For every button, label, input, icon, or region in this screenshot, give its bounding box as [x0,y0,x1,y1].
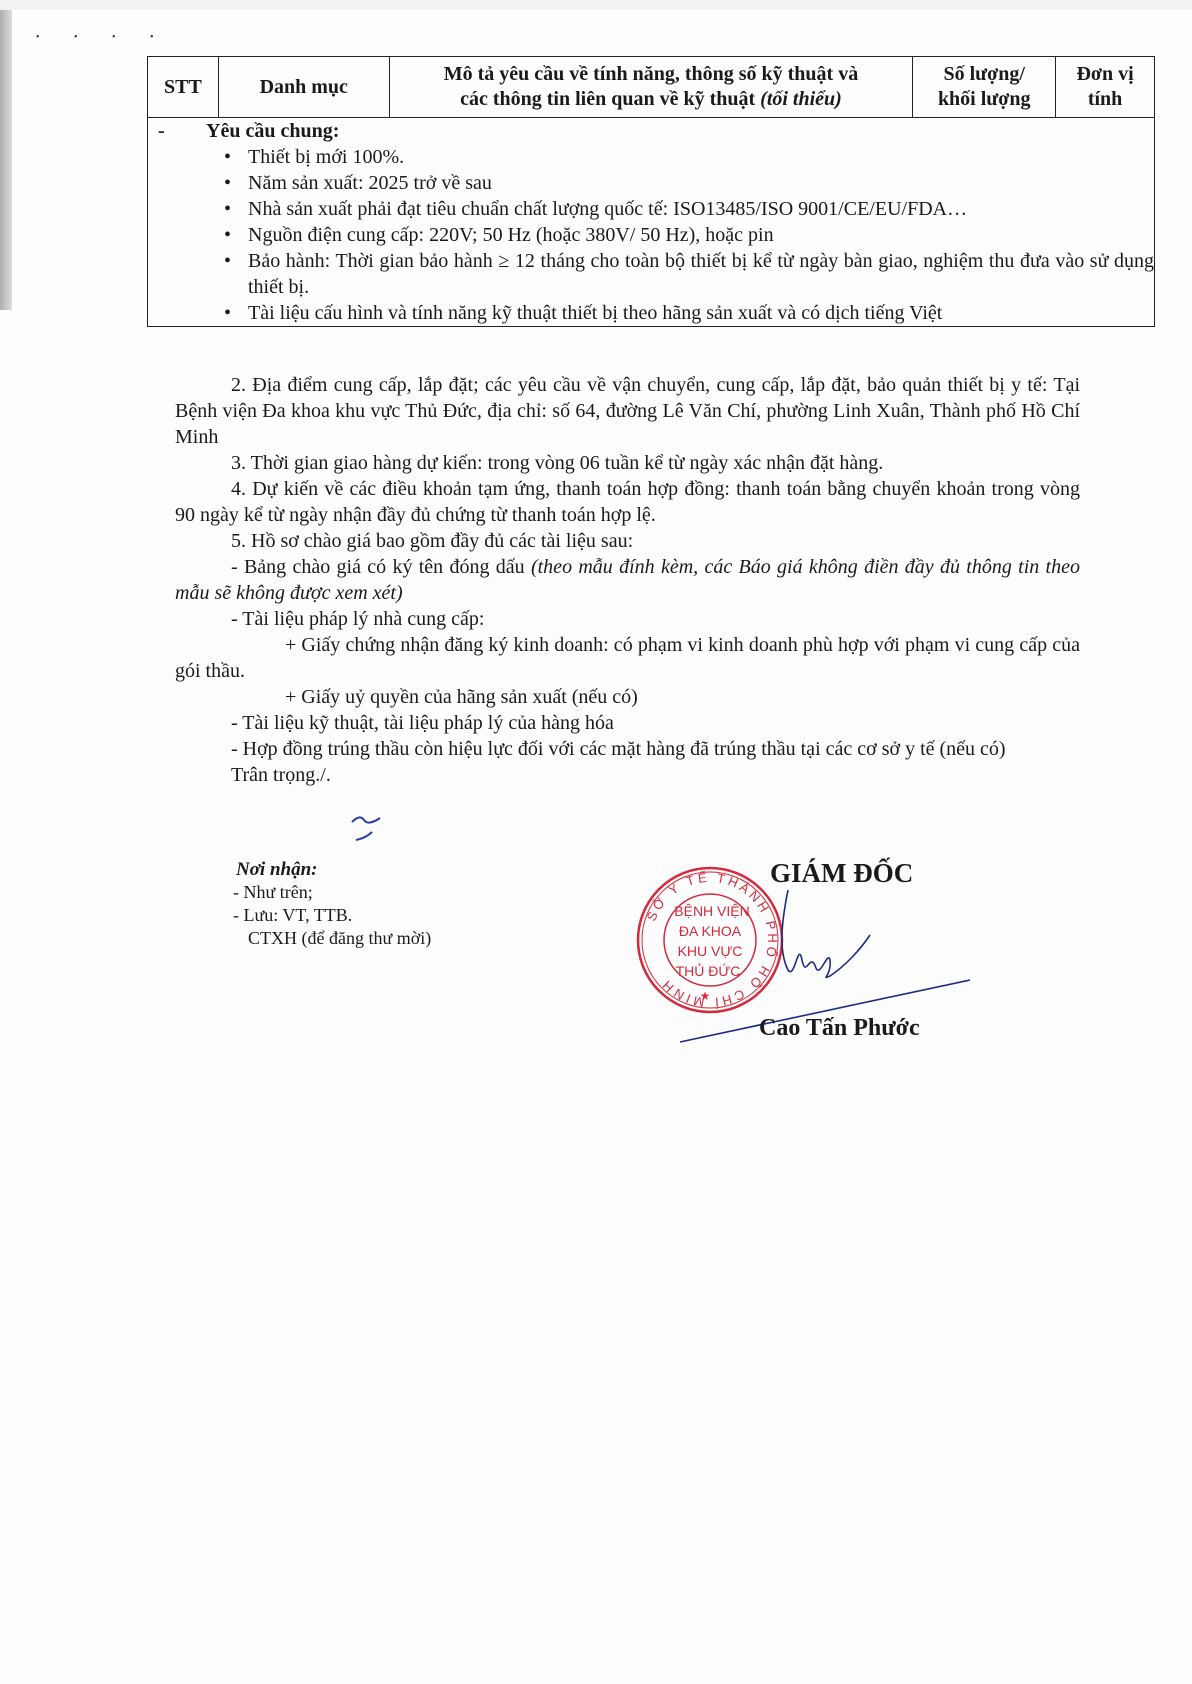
recipient-item: - Lưu: VT, TTB. [233,904,431,927]
doc-legal-supplier: - Tài liệu pháp lý nhà cung cấp: [175,606,1080,632]
doc-technical: - Tài liệu kỹ thuật, tài liệu pháp lý củ… [175,710,1080,736]
recipient-item: - Như trên; [233,881,431,904]
header-so-luong: Số lượng/ khối lượng [913,57,1056,118]
header-so-luong-line2: khối lượng [938,88,1031,110]
doc-business-license: + Giấy chứng nhận đăng ký kinh doanh: có… [175,632,1080,684]
initial-mark-icon [350,812,390,852]
recipient-item: CTXH (để đăng thư mời) [236,927,431,950]
general-requirements-cell: - Yêu cầu chung: Thiết bị mới 100%. Năm … [148,118,1155,327]
scan-edge-strip [0,10,12,310]
recipients-title: Nơi nhận: [236,858,431,881]
doc-quote-form: - Bảng chào giá có ký tên đóng dấu (theo… [175,554,1080,606]
general-requirements-row: - Yêu cầu chung: Thiết bị mới 100%. Năm … [148,118,1155,327]
header-so-luong-line1: Số lượng/ [944,63,1025,85]
header-stt: STT [148,57,219,118]
doc-quote-form-text: - Bảng chào giá có ký tên đóng dấu [231,556,531,578]
spec-table: STT Danh mục Mô tả yêu cầu về tính năng,… [147,56,1155,327]
requirements-list: Thiết bị mới 100%. Năm sản xuất: 2025 tr… [148,144,1154,326]
list-item: Nhà sản xuất phải đạt tiêu chuẩn chất lư… [248,196,1154,222]
header-mo-ta-line1: Mô tả yêu cầu về tính năng, thông số kỹ … [444,63,859,85]
header-mo-ta-line2: các thông tin liên quan về kỹ thuật [460,88,760,110]
header-danh-muc: Danh mục [218,57,389,118]
doc-contracts: - Hợp đồng trúng thầu còn hiệu lực đối v… [175,736,1080,762]
closing-text: Trân trọng./. [175,762,1080,788]
list-item: Thiết bị mới 100%. [248,144,1154,170]
scan-dots: • • • • [36,32,170,43]
list-item: Nguồn điện cung cấp: 220V; 50 Hz (hoặc 3… [248,222,1154,248]
header-mo-ta: Mô tả yêu cầu về tính năng, thông số kỹ … [389,57,913,118]
header-don-vi-line1: Đơn vị [1076,63,1133,85]
section-quote-documents: 5. Hồ sơ chào giá bao gồm đầy đủ các tài… [175,528,1080,554]
signatory-name: Cao Tấn Phước [759,1015,920,1042]
table-header-row: STT Danh mục Mô tả yêu cầu về tính năng,… [148,57,1155,118]
general-title-text: Yêu cầu chung: [206,118,339,144]
recipients-block: Nơi nhận: - Như trên; - Lưu: VT, TTB. CT… [236,858,431,950]
header-mo-ta-italic: (tối thiểu) [760,88,842,110]
section-payment-terms: 4. Dự kiến về các điều khoản tạm ứng, th… [175,476,1080,528]
list-item: Tài liệu cấu hình và tính năng kỹ thuật … [248,300,1154,326]
header-don-vi-line2: tính [1088,88,1122,110]
section-delivery-time: 3. Thời gian giao hàng dự kiến: trong vò… [175,450,1080,476]
dash-bullet: - [148,118,206,144]
general-requirements-title: - Yêu cầu chung: [148,118,1154,144]
scan-top-shade [0,0,1192,10]
letter-body: 2. Địa điểm cung cấp, lắp đặt; các yêu c… [175,372,1080,788]
section-delivery-location: 2. Địa điểm cung cấp, lắp đặt; các yêu c… [175,372,1080,450]
header-don-vi: Đơn vị tính [1056,57,1155,118]
list-item: Năm sản xuất: 2025 trở về sau [248,170,1154,196]
doc-authorization: + Giấy uỷ quyền của hãng sản xuất (nếu c… [175,684,1080,710]
list-item: Bảo hành: Thời gian bảo hành ≥ 12 tháng … [248,248,1154,300]
